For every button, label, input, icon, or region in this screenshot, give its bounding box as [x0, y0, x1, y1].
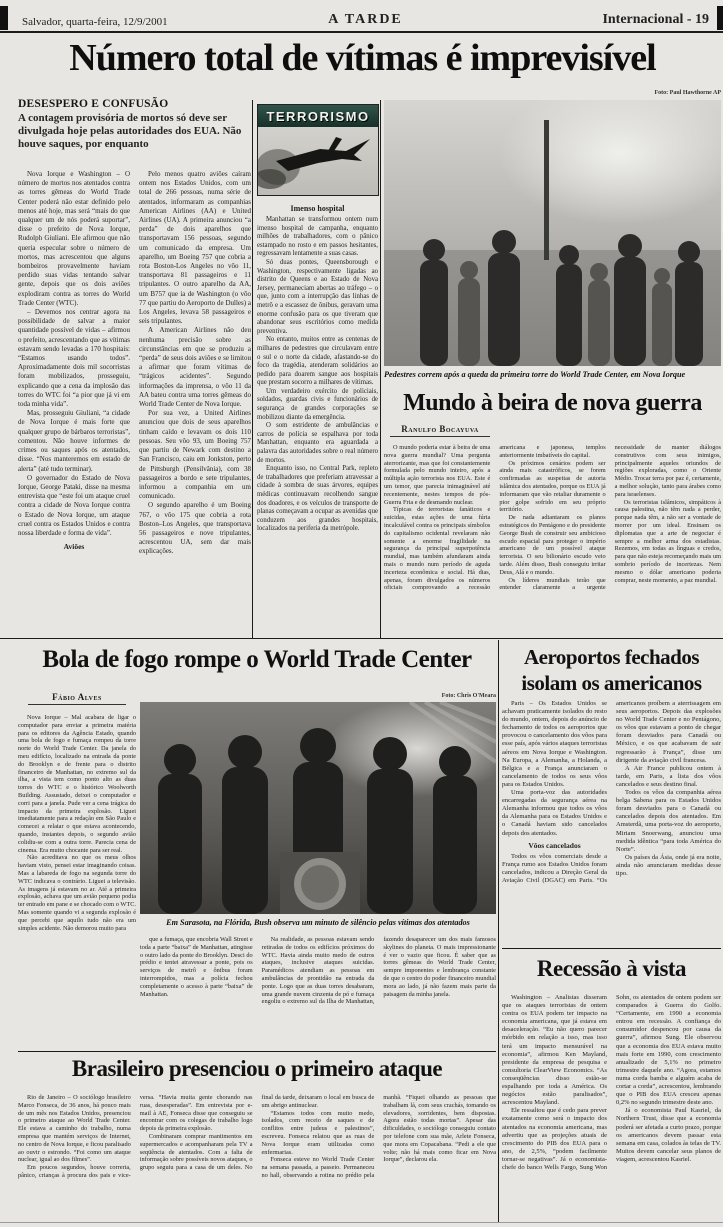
recessao-body: Washington – Analistas disseram que os a…: [502, 994, 721, 1220]
paragraph: Os países da Ásia, onde já era noite, ai…: [616, 854, 721, 878]
brasileiro-headline: Brasileiro presenciou o primeiro ataque: [18, 1056, 496, 1082]
airplane-graphic-icon: [258, 127, 376, 193]
aeroportos-paragraphs-1: Paris – Os Estados Unidos se achavam pra…: [502, 700, 607, 838]
paragraph: Um verdadeiro exército de policiais, sol…: [257, 388, 378, 422]
paragraph: Já o economista Paul Kasriel, da Norther…: [616, 1107, 721, 1164]
paragraph: que a fumaça, que encobria Wall Street e…: [140, 936, 253, 998]
paragraph: Enquanto isso, no Central Park, repleto …: [257, 465, 378, 534]
paragraph: O som estridente de ambulâncias e carros…: [257, 422, 378, 465]
column-rule-1: [252, 100, 253, 638]
main-headline: Número total de vítimas é imprevisível: [14, 36, 711, 80]
paragraph: Uma porta-voz das autoridades encarregad…: [502, 789, 607, 838]
bush-photo-caption: Em Sarasota, na Flórida, Bush observa um…: [140, 918, 496, 927]
masthead: Salvador, quarta-feira, 12/9/2001 A TARD…: [0, 4, 723, 28]
crowd-photo: [384, 100, 721, 366]
mundo-byline: Ranulfo Bocayuva: [390, 424, 490, 437]
recessao-top-rule: [502, 948, 721, 949]
terrorismo-box: TERRORISMO: [257, 104, 379, 196]
aeroportos-headline-line1: Aeroportos fechados: [502, 644, 721, 670]
lead-paragraphs-2: Pelo menos quatro aviões caíram ontem no…: [139, 170, 251, 557]
page-bottom-rule: [0, 1222, 723, 1223]
paragraph: – Devemos nos centrar agora na possibili…: [18, 308, 130, 409]
paragraph: Por sua vez, a United Airlines anunciou …: [139, 409, 251, 501]
aeroportos-headline: Aeroportos fechados isolam os americanos: [502, 644, 721, 696]
section-divider-rule: [0, 638, 723, 639]
paragraph: O mundo poderia estar à beira de uma nov…: [384, 444, 490, 506]
recessao-headline: Recessão à vista: [502, 956, 721, 982]
bush-photo-figures: [140, 702, 496, 914]
paragraph: Na realidade, as pessoas estavam sendo r…: [262, 936, 496, 1006]
paragraph: Não acreditava no que os meus olhos havi…: [18, 854, 136, 932]
aeroportos-crosshead: Vôos cancelados: [502, 842, 607, 850]
masthead-section-page: Internacional - 19: [469, 12, 723, 28]
lead-crosshead: Aviões: [18, 542, 130, 551]
paragraph: Todos os vôos da companhia aérea belga S…: [616, 789, 721, 854]
paragraph: Pelo menos quatro aviões caíram ontem no…: [139, 170, 251, 326]
paragraph: Nova Iorque e Washington – O número de m…: [18, 170, 130, 308]
right-column-rule: [498, 640, 499, 1222]
paragraph: O governador do Estado de Nova Iorque, G…: [18, 474, 130, 538]
terrorismo-label: TERRORISMO: [258, 105, 378, 127]
bola-headline: Bola de fogo rompe o World Trade Center: [18, 646, 496, 674]
bola-byline: Fábio Alves: [28, 692, 126, 705]
lead-paragraphs-1: Nova Iorque e Washington – O número de m…: [18, 170, 130, 538]
masthead-paper-name: A TARDE: [262, 12, 469, 28]
lead-article-body: Nova Iorque e Washington – O número de m…: [18, 170, 251, 636]
bush-photo: [140, 702, 496, 914]
lead-intro: DESESPERO E CONFUSÃO A contagem provisór…: [18, 98, 251, 151]
column-rule-2: [380, 100, 381, 638]
paragraph: Os terroristas islâmicos, simpáticos à c…: [615, 499, 721, 585]
paragraph: Mas, prosseguiu Giuliani, “a cidade de N…: [18, 409, 130, 473]
bola-column-1: Nova Iorque – Mal acabara de ligar o com…: [18, 714, 136, 1050]
mundo-headline: Mundo à beira de nova guerra: [384, 390, 721, 417]
paragraph: O segundo aparelho é um Boeing 767, o vô…: [139, 501, 251, 556]
mundo-body: O mundo poderia estar à beira de uma nov…: [384, 444, 721, 636]
hospital-column: Imenso hospital Manhattan se transformou…: [257, 200, 378, 638]
paragraph: Os próximos cenários podem ser ainda mai…: [499, 460, 605, 515]
paragraph: Rio de Janeiro – O sociólogo brasileiro …: [18, 1094, 131, 1164]
paragraph: Paris – Os Estados Unidos se achavam pra…: [502, 700, 607, 789]
paragraph: Só duas pontes, Queensborough e Washingt…: [257, 259, 378, 336]
paragraph: Manhattan se transformou ontem num imens…: [257, 216, 378, 259]
hospital-head: Imenso hospital: [257, 204, 378, 213]
paragraph: Nova Iorque – Mal acabara de ligar o com…: [18, 714, 136, 854]
masthead-rule: [0, 31, 723, 33]
paragraph: De nada adiantaram os planos estratégico…: [499, 514, 605, 576]
paragraph: Washington – Analistas disseram que os a…: [502, 994, 607, 1107]
brasileiro-top-rule: [18, 1051, 496, 1052]
paragraph: A American Airlines não deu nenhuma prec…: [139, 326, 251, 409]
brasileiro-body: Rio de Janeiro – O sociólogo brasileiro …: [18, 1094, 496, 1222]
paragraph: No entanto, muitos entre as centenas de …: [257, 336, 378, 388]
aeroportos-headline-line2: isolam os americanos: [502, 670, 721, 696]
bush-photo-credit: Foto: Chris O'Meara: [140, 693, 496, 699]
aeroportos-body: Paris – Os Estados Unidos se achavam pra…: [502, 700, 721, 946]
lead-dek: A contagem provisória de mortos só deve …: [18, 112, 251, 151]
crowd-photo-caption: Pedestres correm após a queda da primeir…: [384, 370, 721, 379]
bola-bottom-block: que a fumaça, que encobria Wall Street e…: [140, 936, 496, 1048]
crowd-photo-figures: [384, 100, 721, 366]
paragraph: A Air France publicou ontem à tarde, em …: [616, 765, 721, 789]
hospital-paragraphs: Manhattan se transformou ontem num imens…: [257, 216, 378, 534]
lead-kicker: DESESPERO E CONFUSÃO: [18, 98, 251, 110]
masthead-date: Salvador, quarta-feira, 12/9/2001: [0, 16, 262, 28]
crowd-photo-credit: Foto: Paul Hawthorne AP: [384, 90, 721, 96]
paragraph: “Estamos todos com muito medo, isolados,…: [262, 1110, 375, 1157]
newspaper-page: Salvador, quarta-feira, 12/9/2001 A TARD…: [0, 0, 723, 1227]
